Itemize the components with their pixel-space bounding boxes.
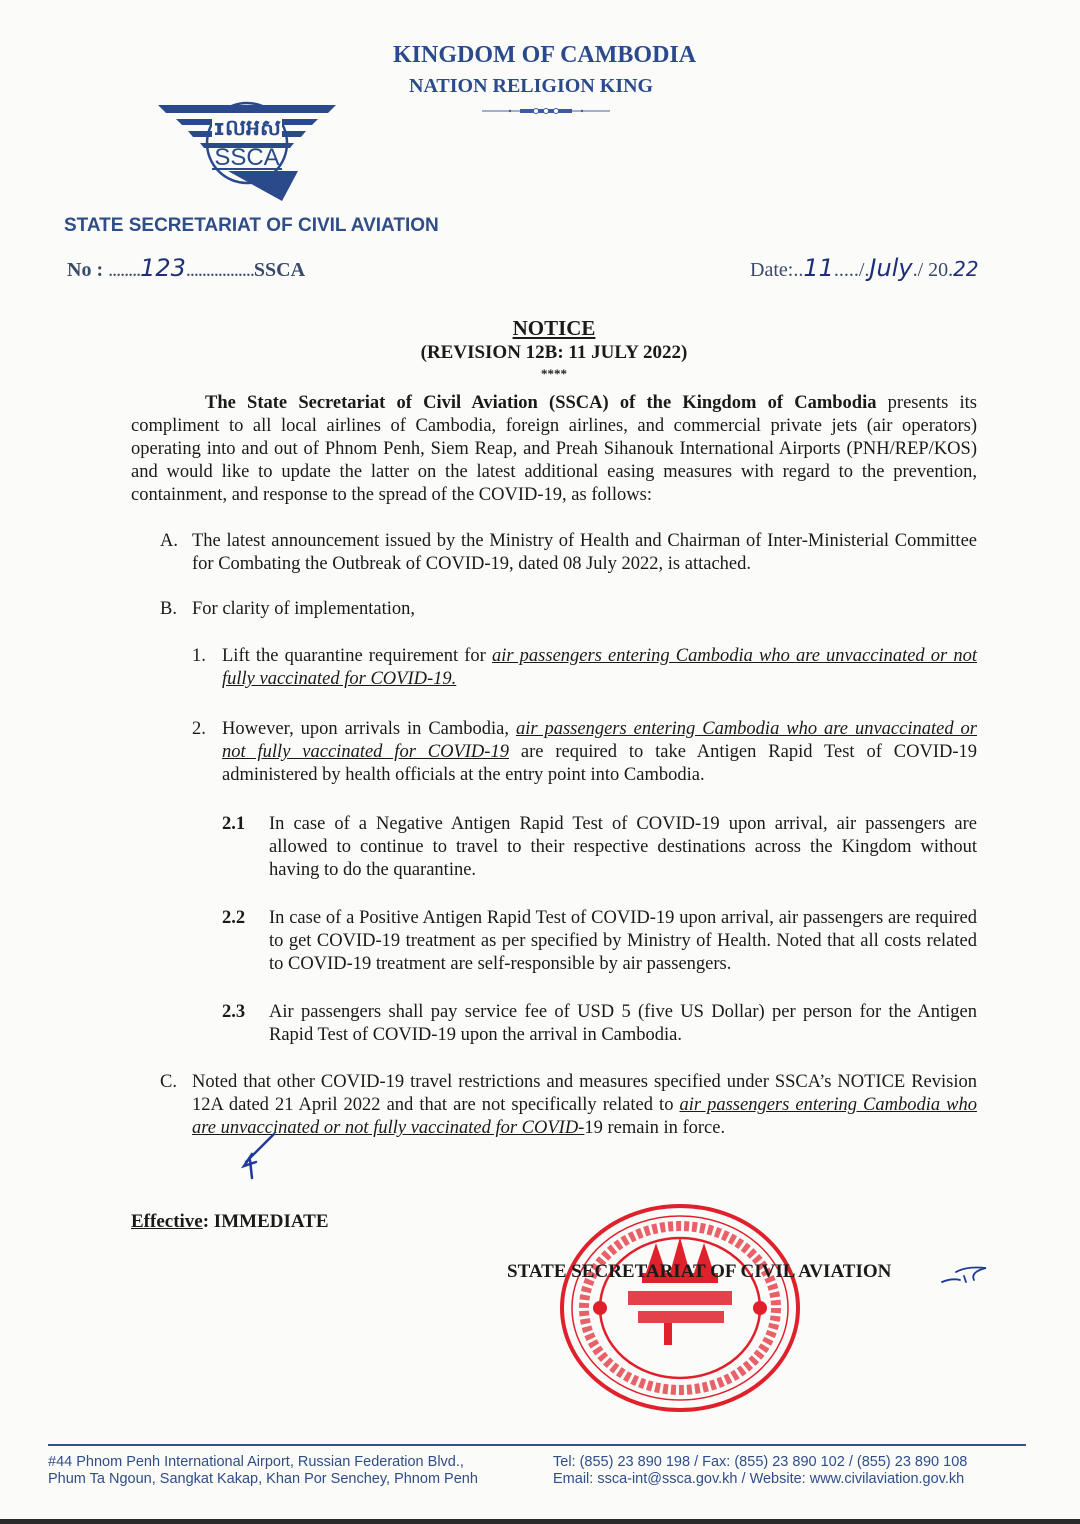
country-title: KINGDOM OF CAMBODIA [393, 42, 713, 69]
handwritten-signature-icon [940, 1262, 990, 1286]
item-2-3: 2.3 Air passengers shall pay service fee… [222, 1001, 977, 1047]
section-c-label: C. [160, 1071, 192, 1140]
section-c: C. Noted that other COVID-19 travel rest… [160, 1071, 977, 1140]
item-2-text-before: However, upon arrivals in Cambodia, [222, 719, 516, 739]
ornament-divider-icon [482, 107, 610, 115]
item-2-3-label: 2.3 [222, 1001, 269, 1047]
section-c-text-after: 19 remain in force. [584, 1118, 725, 1138]
ssca-logo-icon: ɪលអស SSCA [158, 93, 336, 203]
svg-text:ɪលអស: ɪលអស [213, 116, 281, 141]
reference-label: No : [67, 259, 103, 281]
document-date: Date:..11...../.July./ 20.22 [750, 254, 979, 282]
page-bottom-edge [0, 1519, 1080, 1524]
reference-value: 123 [140, 254, 186, 282]
effective-label: Effective [131, 1211, 203, 1232]
contact-line-2: Email: ssca-int@ssca.gov.kh / Website: w… [553, 1471, 967, 1488]
date-month: July [869, 254, 912, 282]
date-day: 11 [803, 254, 834, 282]
official-seal-icon [556, 1203, 804, 1413]
section-a-label: A. [160, 530, 192, 576]
reference-number: No : ........123.................SSCA [67, 254, 305, 282]
reference-suffix: SSCA [254, 259, 305, 281]
item-2-3-text: Air passengers shall pay service fee of … [269, 1001, 977, 1047]
section-a-text: The latest announcement issued by the Mi… [192, 530, 977, 576]
item-2-1-text: In case of a Negative Antigen Rapid Test… [269, 813, 977, 882]
footer-divider [48, 1444, 1026, 1446]
footer-contact: Tel: (855) 23 890 198 / Fax: (855) 23 89… [553, 1454, 967, 1488]
svg-text:SSCA: SSCA [214, 144, 279, 171]
section-b: B. For clarity of implementation, [160, 598, 977, 621]
item-2-label: 2. [192, 718, 222, 787]
date-label: Date: [750, 259, 793, 281]
footer-address: #44 Phnom Penh International Airport, Ru… [48, 1454, 478, 1488]
intro-paragraph: The State Secretariat of Civil Aviation … [131, 392, 977, 507]
item-1-text: Lift the quarantine requirement for [222, 646, 492, 666]
section-b-label: B. [160, 598, 192, 621]
item-2-2: 2.2 In case of a Positive Antigen Rapid … [222, 907, 977, 976]
item-2: 2. However, upon arrivals in Cambodia, a… [192, 718, 977, 787]
section-a: A. The latest announcement issued by the… [160, 530, 977, 576]
item-2-2-text: In case of a Positive Antigen Rapid Test… [269, 907, 977, 976]
notice-revision: (REVISION 12B: 11 JULY 2022) [0, 342, 1080, 364]
intro-bold: The State Secretariat of Civil Aviation … [205, 393, 876, 413]
item-2-1-label: 2.1 [222, 813, 269, 882]
section-b-text: For clarity of implementation, [192, 598, 977, 621]
item-2-2-label: 2.2 [222, 907, 269, 976]
item-2-1: 2.1 In case of a Negative Antigen Rapid … [222, 813, 977, 882]
contact-line-1: Tel: (855) 23 890 198 / Fax: (855) 23 89… [553, 1454, 967, 1471]
effective-line: Effective: IMMEDIATE [131, 1211, 329, 1233]
organization-name: STATE SECRETARIAT OF CIVIL AVIATION [64, 215, 439, 237]
item-1-label: 1. [192, 645, 222, 691]
address-line-1: #44 Phnom Penh International Airport, Ru… [48, 1454, 478, 1471]
notice-title: NOTICE [0, 316, 1080, 341]
national-motto: NATION RELIGION KING [409, 75, 709, 98]
item-1: 1. Lift the quarantine requirement for a… [192, 645, 977, 691]
date-year-prefix: 20. [928, 259, 953, 281]
handwritten-initials-icon [238, 1132, 278, 1182]
date-year-suffix: 22 [953, 257, 978, 281]
address-line-2: Phum Ta Ngoun, Sangkat Kakap, Khan Por S… [48, 1471, 478, 1488]
notice-separator: **** [0, 366, 1080, 382]
effective-value: : IMMEDIATE [203, 1211, 329, 1232]
signatory-organization: STATE SECRETARIAT OF CIVIL AVIATION [507, 1261, 891, 1283]
